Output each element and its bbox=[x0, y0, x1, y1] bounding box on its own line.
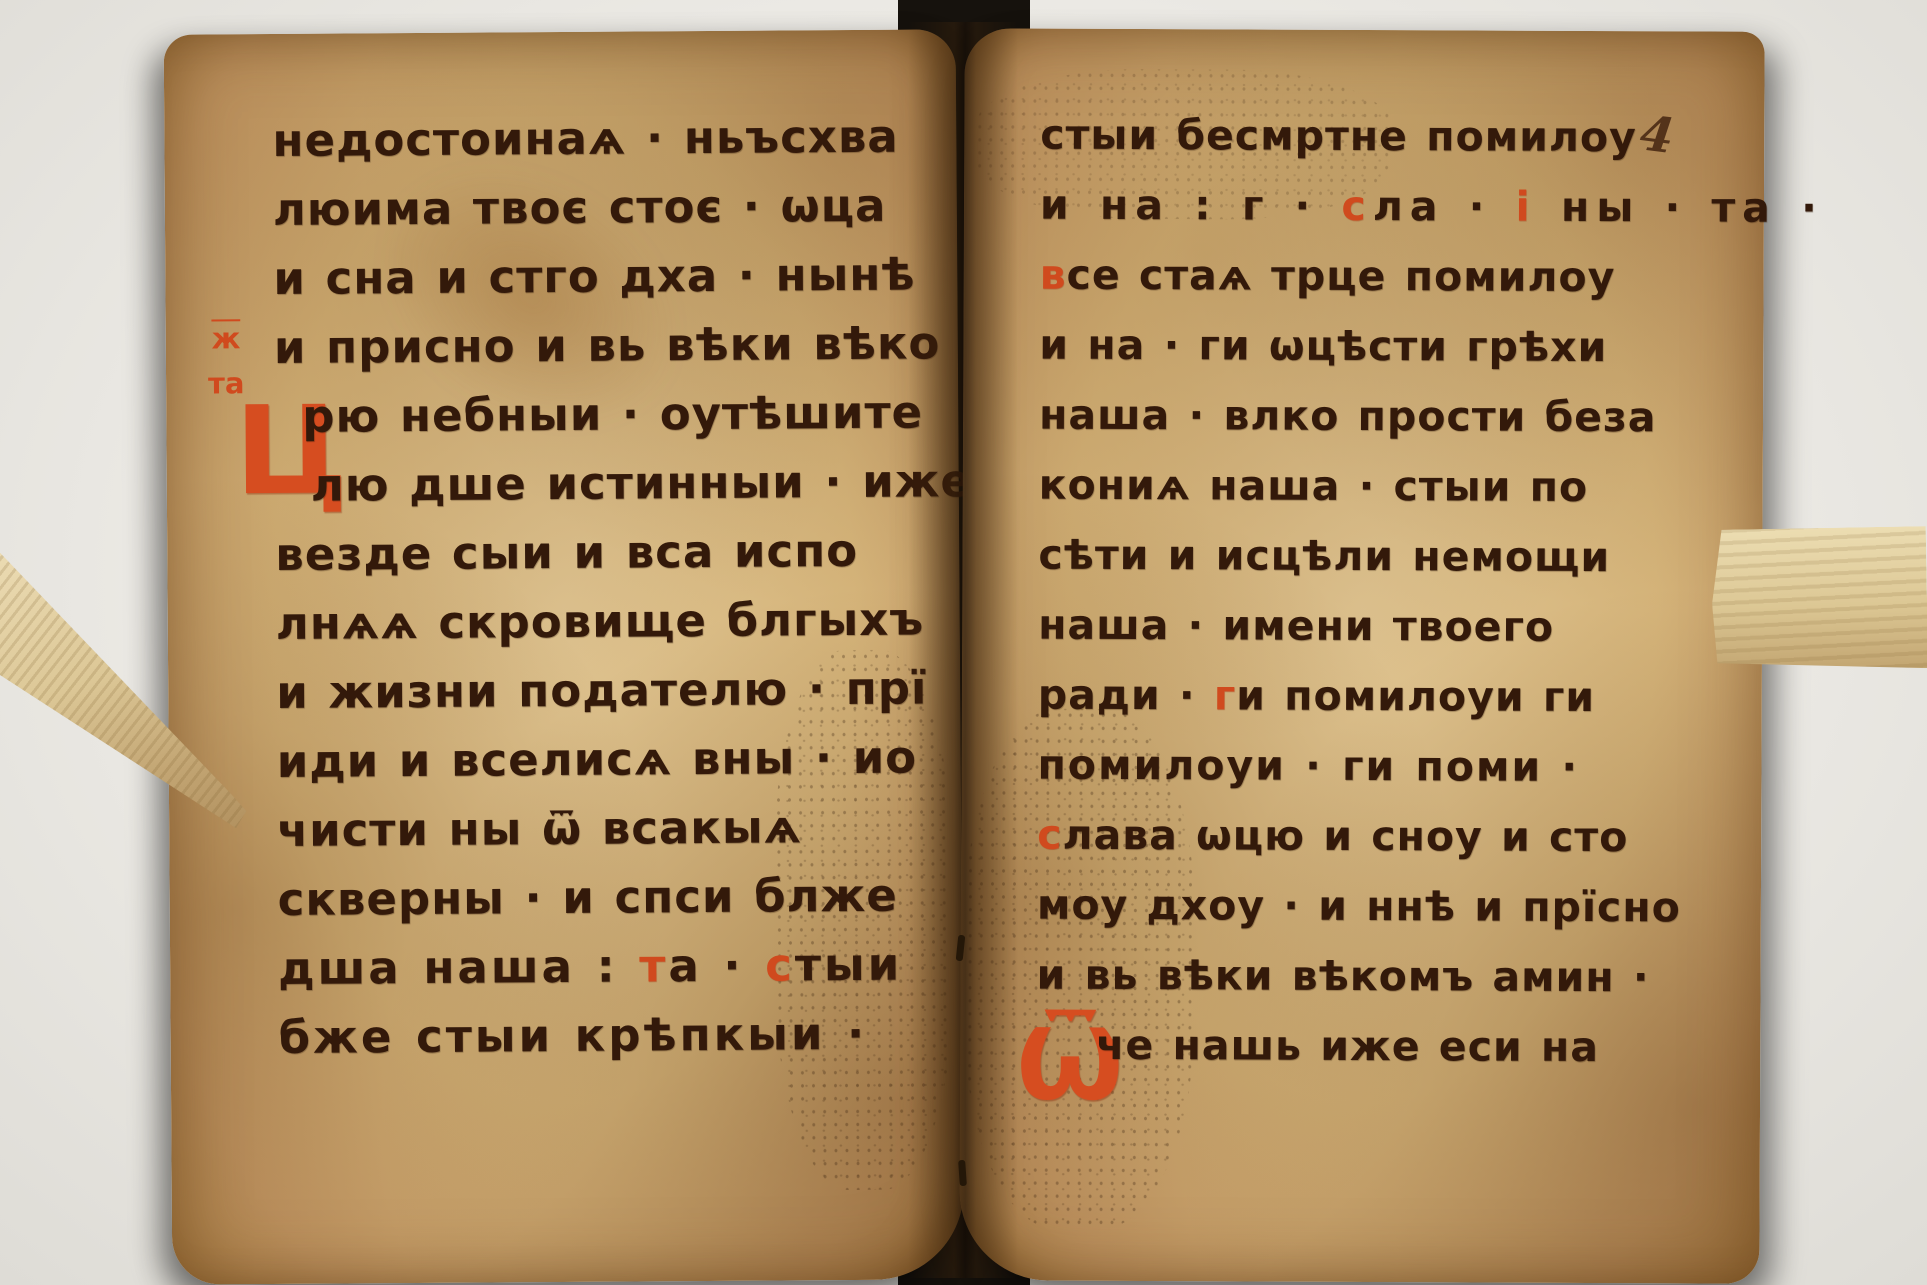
text-line: наша · влко прости беза bbox=[1039, 391, 1823, 464]
text-segment: бже стыи крѣпкыи · bbox=[278, 1007, 867, 1064]
text-segment: иди и вселисѧ вны · ио bbox=[277, 731, 918, 788]
rubric-letter: в bbox=[1040, 251, 1067, 299]
text-segment: лю дше истинныи · иже bbox=[311, 454, 973, 512]
text-line: везде сыи и вса испо bbox=[275, 523, 981, 597]
text-line: скверны · и спси блже bbox=[278, 868, 984, 942]
text-segment: чисти ны ѿ всакыѧ bbox=[277, 800, 802, 857]
margin-note-top: ж bbox=[211, 321, 240, 355]
text-line: сѣти и исцѣли немощи bbox=[1038, 531, 1822, 604]
text-segment: ны · та · bbox=[1537, 183, 1824, 232]
text-segment: и помилоуи ги bbox=[1236, 671, 1595, 721]
text-segment: а · bbox=[668, 939, 765, 993]
text-segment: скверны · и спси блже bbox=[278, 869, 899, 926]
text-line: помилоуи · ги поми · bbox=[1037, 741, 1821, 814]
text-segment: моу дхоу · и ннѣ и прїсно bbox=[1037, 881, 1681, 932]
text-line: наша · имени твоего bbox=[1038, 601, 1822, 674]
wooden-batten bbox=[1711, 526, 1927, 672]
rubric-letter: г bbox=[1214, 671, 1237, 719]
text-segment: че нашь иже еси на bbox=[1096, 1021, 1599, 1071]
rubric-letter: с bbox=[1037, 811, 1063, 859]
text-line: че нашь иже еси на bbox=[1036, 1021, 1820, 1094]
text-segment: рю небныи · оутѣшите bbox=[302, 385, 923, 442]
text-line: лнѧѧ скровище блгыхъ bbox=[276, 592, 982, 666]
text-line: и присно и вь вѣки вѣко : bbox=[274, 316, 980, 390]
text-segment: и жизни подателю · прї bbox=[276, 661, 927, 719]
text-line: и на · ги ѡцѣсти грѣхи bbox=[1039, 321, 1823, 394]
text-segment: се стаѧ трце помилоу bbox=[1067, 251, 1616, 301]
rubric-letter: і bbox=[1515, 183, 1536, 231]
text-line: бже стыи крѣпкыи · bbox=[278, 1006, 984, 1080]
text-line: моу дхоу · и ннѣ и прїсно bbox=[1037, 881, 1821, 954]
text-line: рю небныи · оутѣшите bbox=[274, 385, 980, 459]
text-segment: и на : г · bbox=[1040, 181, 1342, 230]
text-line: недостоинаѧ · ньъсхва bbox=[272, 109, 978, 183]
text-segment: помилоуи · ги поми · bbox=[1037, 741, 1579, 791]
text-segment: недостоинаѧ · ньъсхва bbox=[272, 110, 899, 167]
text-segment: люима твоє стоє · ѡца bbox=[273, 179, 887, 236]
text-line: чисти ны ѿ всакыѧ bbox=[277, 799, 983, 873]
text-segment: кониѧ наша · стыи по bbox=[1039, 461, 1589, 511]
text-segment: тыи bbox=[795, 938, 903, 992]
text-segment: везде сыи и вса испо bbox=[275, 524, 858, 581]
left-page-text: недостоинаѧ · ньъсхвалюима твоє стоє · ѡ… bbox=[272, 109, 984, 1080]
right-page-text: стыи бесмртне помилоуи на : г · сла · і … bbox=[1036, 111, 1824, 1094]
text-segment: ради · bbox=[1038, 671, 1214, 720]
text-segment: наша · влко прости беза bbox=[1039, 391, 1657, 442]
text-segment: и сна и стго дха · нынѣ bbox=[273, 248, 916, 305]
text-line: и жизни подателю · прї bbox=[276, 661, 982, 735]
rubric-letter: с bbox=[1341, 182, 1373, 230]
left-page: ж та Ц недостоинаѧ · ньъсхвалюима твоє с… bbox=[164, 29, 965, 1284]
text-line: и на : г · сла · і ны · та · bbox=[1040, 181, 1824, 254]
text-line: все стаѧ трце помилоу bbox=[1039, 251, 1823, 324]
text-line: люима твоє стоє · ѡца bbox=[273, 178, 979, 252]
text-segment: стыи бесмртне помилоу bbox=[1040, 111, 1637, 162]
text-line: дша наша : та · стыи bbox=[278, 937, 984, 1011]
text-segment: дша наша : bbox=[278, 939, 639, 995]
text-line: и сна и стго дха · нынѣ bbox=[273, 247, 979, 321]
text-line: иди и вселисѧ вны · ио bbox=[277, 730, 983, 804]
rubric-letter: т bbox=[639, 939, 668, 992]
text-segment: наша · имени твоего bbox=[1038, 601, 1554, 651]
text-line: ради · ги помилоуи ги bbox=[1038, 671, 1822, 744]
text-line: и вь вѣки вѣкомъ амин · bbox=[1036, 951, 1820, 1024]
text-segment: и присно и вь вѣки вѣко : bbox=[274, 316, 980, 374]
text-segment: сѣти и исцѣли немощи bbox=[1038, 531, 1610, 581]
rubric-letter: с bbox=[765, 938, 795, 991]
manuscript-photo: ж та Ц недостоинаѧ · ньъсхвалюима твоє с… bbox=[0, 0, 1927, 1285]
text-line: лю дше истинныи · иже bbox=[275, 454, 981, 528]
text-segment: и на · ги ѡцѣсти грѣхи bbox=[1039, 321, 1607, 371]
text-segment: и вь вѣки вѣкомъ амин · bbox=[1037, 951, 1650, 1002]
text-line: стыи бесмртне помилоу bbox=[1040, 111, 1824, 184]
text-line: слава ѡцю и сноу и сто bbox=[1037, 811, 1821, 884]
right-page: 4 Ѿ стыи бесмртне помилоуи на : г · сла … bbox=[959, 28, 1764, 1283]
text-segment: лнѧѧ скровище блгыхъ bbox=[276, 592, 925, 650]
text-segment: ла · bbox=[1373, 182, 1516, 231]
text-line: кониѧ наша · стыи по bbox=[1039, 461, 1823, 534]
text-segment: лава ѡцю и сноу и сто bbox=[1062, 811, 1628, 861]
